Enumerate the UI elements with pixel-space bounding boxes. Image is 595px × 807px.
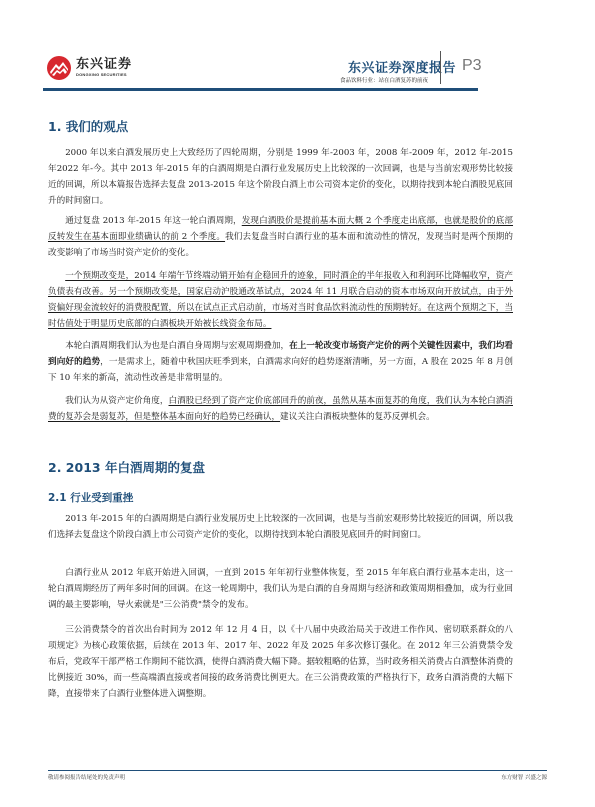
footer-slogan: 东方财智 兴盛之源: [501, 773, 547, 781]
logo-chinese-name: 东兴证券: [76, 58, 132, 72]
paragraph: 本轮白酒周期我们认为也是白酒自身周期与宏观周期叠加，在上一轮改变市场资产定价的两…: [48, 338, 513, 386]
section-title-2: 2. 2013 年白酒周期的复盘: [48, 458, 205, 476]
logo-english-name: DONGXING SECURITIES: [76, 72, 132, 78]
paragraph: 通过复盘 2013 年-2015 年这一轮白酒周期，发现白酒股价是提前基本面大概…: [48, 213, 513, 261]
page-number: P3: [462, 57, 482, 75]
paragraph: 白酒行业从 2012 年底开始进入回调，一直到 2015 年年初行业整体恢复，至…: [48, 565, 513, 613]
plain-text: 通过复盘 2013 年-2015 年这一轮白酒周期，: [65, 216, 242, 226]
header-divider: [440, 51, 441, 84]
section-title-1: 1. 我们的观点: [48, 117, 128, 135]
plain-text: ，一是需求上，随着中秋国庆旺季到来，白酒需求向好的趋势逐渐清晰，另一方面，A 股…: [48, 357, 513, 383]
report-subtitle: 食品饮料行业：站在白酒复苏的前夜: [340, 76, 428, 84]
plain-text: 我们认为从资产定价角度，: [65, 396, 168, 406]
paragraph: 三公消费禁令的首次出台时间为 2012 年 12 月 4 日，以《十八届中央政治…: [48, 622, 513, 702]
header-rule: [43, 88, 478, 91]
paragraph: 我们认为从资产定价角度，白酒股已经到了资产定价底部回升的前夜，虽然从基本面复苏的…: [48, 393, 513, 425]
subsection-title-2-1: 2.1 行业受到重挫: [48, 490, 133, 505]
plain-text: 本轮白酒周期我们认为也是白酒自身周期与宏观周期叠加，: [65, 341, 289, 351]
logo-mark-icon: [46, 55, 72, 81]
footer-rule: [48, 770, 547, 771]
footer-disclaimer: 敬请参阅报告结尾处的免责声明: [48, 773, 125, 781]
paragraph-underlined: 一个预期改变是，2014 年端午节终端动销开始有企稳回升的迹象，同时酒企的半年报…: [48, 268, 513, 332]
paragraph: 2000 年以来白酒发展历史上大致经历了四轮周期，分别是 1999 年-2003…: [48, 145, 513, 209]
paragraph: 2013 年-2015 年的白酒周期是白酒行业发展历史上比较深的一次回调，也是与…: [48, 511, 513, 543]
plain-text: 建议关注白酒板块整体的复苏反弹机会。: [280, 412, 435, 422]
company-logo: 东兴证券 DONGXING SECURITIES: [46, 55, 132, 81]
